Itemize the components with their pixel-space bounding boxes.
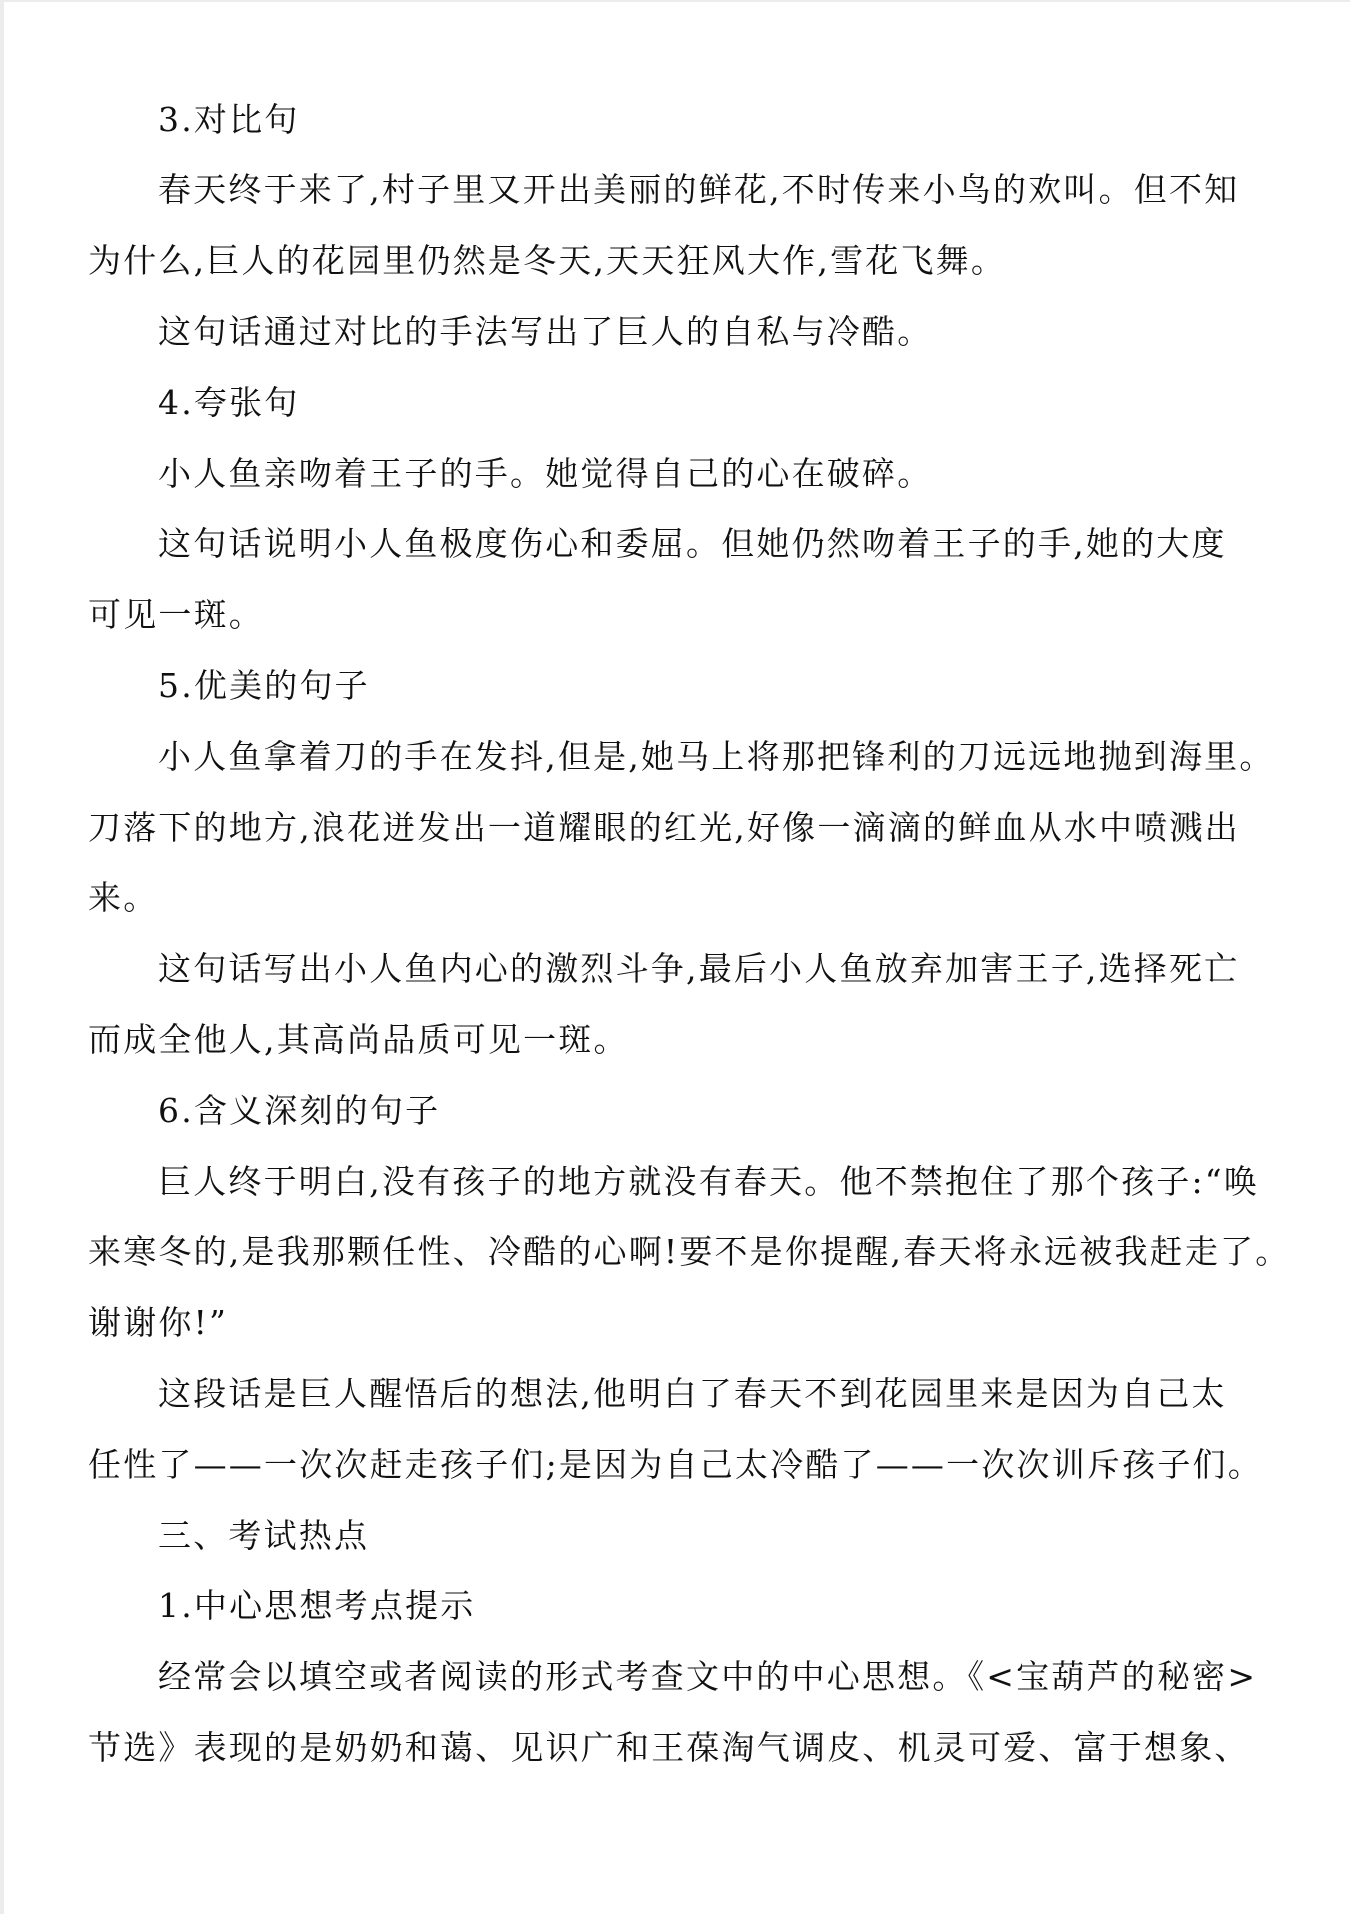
- paragraph-line: 而成全他人,其高尚品质可见一斑。: [88, 1015, 629, 1065]
- paragraph-line: 小人鱼拿着刀的手在发抖,但是,她马上将那把锋利的刀远远地抛到海里。: [158, 732, 1275, 782]
- document-page: 3.对比句 春天终于来了,村子里又开出美丽的鲜花,不时传来小鸟的欢叫。但不知 为…: [4, 2, 1350, 1914]
- paragraph-line: 这句话说明小人鱼极度伤心和委屈。但她仍然吻着王子的手,她的大度: [158, 519, 1227, 569]
- paragraph-line: 这句话通过对比的手法写出了巨人的自私与冷酷。: [158, 307, 932, 357]
- paragraph-line: 节选》表现的是奶奶和蔼、见识广和王葆淘气调皮、机灵可爱、富于想象、: [88, 1723, 1250, 1773]
- paragraph-line: 来寒冬的,是我那颗任性、冷酷的心啊!要不是你提醒,春天将永远被我赶走了。: [88, 1227, 1290, 1277]
- paragraph-line: 来。: [88, 873, 158, 923]
- paragraph-line: 小人鱼亲吻着王子的手。她觉得自己的心在破碎。: [158, 449, 932, 499]
- paragraph-line: 这句话写出小人鱼内心的激烈斗争,最后小人鱼放弃加害王子,选择死亡: [158, 944, 1239, 994]
- paragraph-line: 可见一斑。: [88, 590, 264, 640]
- subheading-contrast-sentence: 3.对比句: [158, 95, 300, 145]
- subheading-hyperbole-sentence: 4.夸张句: [158, 378, 300, 428]
- subheading-beautiful-sentence: 5.优美的句子: [158, 661, 370, 711]
- paragraph-line: 巨人终于明白,没有孩子的地方就没有春天。他不禁抱住了那个孩子:“唤: [158, 1157, 1259, 1207]
- subheading-profound-sentence: 6.含义深刻的句子: [158, 1086, 440, 1136]
- paragraph-line: 经常会以填空或者阅读的形式考查文中的中心思想。《<宝葫芦的秘密>: [158, 1652, 1257, 1702]
- paragraph-line: 任性了——一次次赶走孩子们;是因为自己太冷酷了——一次次训斥孩子们。: [88, 1440, 1263, 1490]
- section-heading-exam-hotspots: 三、考试热点: [158, 1511, 369, 1561]
- paragraph-line: 这段话是巨人醒悟后的想法,他明白了春天不到花园里来是因为自己太: [158, 1369, 1227, 1419]
- subheading-central-idea: 1.中心思想考点提示: [158, 1581, 476, 1631]
- paragraph-line: 为什么,巨人的花园里仍然是冬天,天天狂风大作,雪花飞舞。: [88, 236, 1006, 286]
- paragraph-line: 春天终于来了,村子里又开出美丽的鲜花,不时传来小鸟的欢叫。但不知: [158, 165, 1239, 215]
- paragraph-line: 谢谢你!”: [88, 1298, 228, 1348]
- paragraph-line: 刀落下的地方,浪花迸发出一道耀眼的红光,好像一滴滴的鲜血从水中喷溅出: [88, 803, 1240, 853]
